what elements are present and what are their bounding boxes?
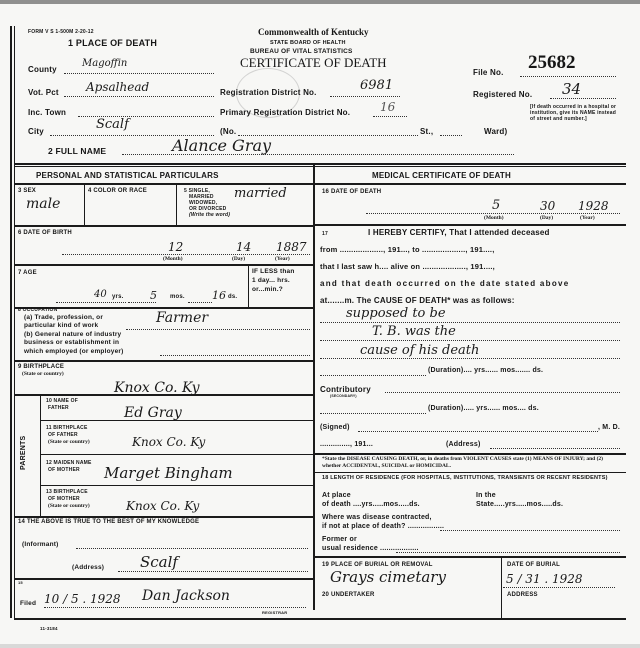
medical-address-label: (Address) xyxy=(446,441,480,448)
registration-district-line xyxy=(330,96,400,97)
md-label: , M. D. xyxy=(598,424,620,431)
age-days-value: 16 xyxy=(212,289,226,302)
scan-top-edge xyxy=(0,0,640,4)
burial-place-value: Grays cimetary xyxy=(330,568,446,586)
residence-label: 18 LENGTH OF RESIDENCE (FOR HOSPITALS, I… xyxy=(322,475,620,482)
left-border xyxy=(10,26,12,618)
street-label: St., xyxy=(420,127,433,136)
father-name-value: Ed Gray xyxy=(124,405,182,421)
row-rule-3 xyxy=(14,307,313,309)
occupation-b-line-1: (b) General nature of industry xyxy=(24,331,121,338)
burial-date-value: 5 / 31 . 1928 xyxy=(506,572,583,586)
true-statement-label: 14 THE ABOVE IS TRUE TO THE BEST OF MY K… xyxy=(18,519,199,525)
attended-from-line: from ..................., 191..., to ...… xyxy=(320,245,495,254)
age-years-value: 40 xyxy=(94,289,107,300)
ward-label: Ward) xyxy=(484,127,507,136)
registered-number-label: Registered No. xyxy=(473,90,532,99)
contributory-line xyxy=(385,392,620,393)
vot-pct-line xyxy=(64,96,214,97)
death-month-value: 5 xyxy=(492,198,500,213)
color-marital-divider xyxy=(176,185,177,225)
header-divider-2 xyxy=(14,166,626,167)
duration-dots-1 xyxy=(320,375,426,376)
birth-month-value: 12 xyxy=(168,240,183,254)
former-residence-label-1: Former or xyxy=(322,536,357,543)
vot-pct-label: Vot. Pct xyxy=(28,88,59,97)
filed-date-value: 10 / 5 . 1928 xyxy=(44,592,121,606)
occupation-a-line xyxy=(126,329,310,330)
contracted-line xyxy=(440,530,620,531)
secondary-label: (SECONDARY) xyxy=(330,394,357,398)
undertaker-address-label: ADDRESS xyxy=(507,592,538,598)
date-of-death-line xyxy=(366,213,620,214)
mother-birthplace-value: Knox Co. Ky xyxy=(126,499,199,513)
birth-day-value: 14 xyxy=(236,240,251,254)
in-state-label-1: In the xyxy=(476,492,496,499)
duration-line-1: (Duration).... yrs...... mos....... ds. xyxy=(428,367,543,374)
informant-label: (Informant) xyxy=(22,541,59,548)
signed-line xyxy=(358,431,598,432)
occupation-a-line-1: (a) Trade, profession, or xyxy=(24,314,103,321)
registered-number-line xyxy=(550,98,616,99)
left-border-inner xyxy=(14,26,15,618)
former-residence-line xyxy=(396,552,620,553)
parents-rule-1 xyxy=(40,420,313,421)
file-number-line xyxy=(520,76,616,77)
certify-text: I HEREBY CERTIFY, That I attended deceas… xyxy=(368,228,550,237)
medical-rule-3 xyxy=(315,472,626,473)
mother-birthplace-label-2: OF MOTHER xyxy=(48,496,80,502)
row-rule-1 xyxy=(14,225,313,227)
row-rule-2 xyxy=(14,264,313,266)
county-value: Magoffin xyxy=(82,58,127,69)
row-rule-5 xyxy=(14,394,313,396)
signed-label: (Signed) xyxy=(320,424,350,431)
primary-registration-label: Primary Registration District No. xyxy=(220,108,350,117)
sex-value: male xyxy=(26,196,60,212)
commonwealth-heading: Commonwealth of Kentucky xyxy=(258,27,369,37)
personal-section-title: PERSONAL AND STATISTICAL PARTICULARS xyxy=(36,171,219,180)
registration-district-value: 6981 xyxy=(360,78,393,93)
color-race-label: 4 COLOR OR RACE xyxy=(88,188,147,194)
years-label: yrs. xyxy=(112,294,123,300)
file-number-value: 25682 xyxy=(528,52,576,74)
county-label: County xyxy=(28,65,57,74)
if-less-label-2: 1 day... hrs. xyxy=(252,277,290,284)
parents-divider xyxy=(40,396,41,518)
mother-name-label-1: 12 MAIDEN NAME xyxy=(46,460,92,466)
row-rule-6 xyxy=(14,516,313,518)
medical-rule-1 xyxy=(315,224,626,226)
contracted-label-1: Where was disease contracted, xyxy=(322,514,432,521)
mother-birthplace-label-3: (State or country) xyxy=(48,503,90,509)
center-divider xyxy=(313,165,315,610)
occupation-b-line xyxy=(160,355,310,356)
burial-date-line xyxy=(503,587,615,588)
age-months-value: 5 xyxy=(150,289,157,302)
former-residence-label-2: usual residence .................. xyxy=(322,545,419,552)
cause-line-2 xyxy=(320,340,620,341)
bottom-rule xyxy=(14,618,626,620)
cause-footnote: *State the DISEASE CAUSING DEATH, or, in… xyxy=(322,456,622,470)
parents-rule-2 xyxy=(40,454,313,455)
address-line xyxy=(118,571,308,572)
primary-registration-line xyxy=(373,116,407,117)
at-place-label-1: At place xyxy=(322,492,351,499)
age-label: 7 AGE xyxy=(18,270,37,276)
primary-registration-value: 16 xyxy=(380,100,395,114)
address-label: (Address) xyxy=(72,564,104,571)
certify-number: 17 xyxy=(322,231,328,237)
father-birthplace-label-1: 11 BIRTHPLACE xyxy=(46,425,88,431)
birth-day-caption: (Day) xyxy=(232,256,245,262)
filed-label: Filed xyxy=(20,600,36,607)
burial-divider xyxy=(501,558,502,618)
mother-name-value: Marget Bingham xyxy=(104,464,233,482)
medical-section-title: MEDICAL CERTIFICATE OF DEATH xyxy=(372,171,511,180)
inc-town-label: Inc. Town xyxy=(28,108,66,117)
scan-bottom-edge xyxy=(0,644,640,648)
mother-name-label-2: OF MOTHER xyxy=(48,467,80,473)
birth-month-caption: (Month) xyxy=(163,256,183,262)
age-days-line xyxy=(188,302,212,303)
occupation-a-line-2: particular kind of work xyxy=(24,322,98,329)
birthplace-label: 9 BIRTHPLACE xyxy=(18,364,64,370)
father-birthplace-label-3: (State or country) xyxy=(48,439,90,445)
row-rule-7 xyxy=(14,578,313,580)
registrar-label: REGISTRAR xyxy=(262,610,287,615)
signed-year-line: .............., 191... xyxy=(320,441,373,448)
birthplace-sublabel: (State or country) xyxy=(22,371,64,377)
full-name-label: 2 FULL NAME xyxy=(48,146,106,156)
cause-value-1: supposed to be xyxy=(346,306,446,321)
board-heading: STATE BOARD OF HEALTH xyxy=(270,40,346,46)
personal-title-rule xyxy=(14,183,313,185)
parents-rule-3 xyxy=(40,485,313,486)
city-label: City xyxy=(28,127,44,136)
sex-label: 3 SEX xyxy=(18,188,36,194)
marital-status-value: married xyxy=(234,186,287,201)
days-label: ds. xyxy=(228,294,237,300)
occurred-line: and that death occurred on the date stat… xyxy=(320,279,570,288)
death-day-value: 30 xyxy=(540,199,555,213)
county-line xyxy=(64,73,214,74)
ward-line xyxy=(440,135,462,136)
bureau-heading: BUREAU OF VITAL STATISTICS xyxy=(250,48,353,55)
header-divider xyxy=(14,163,626,165)
file-number-label: File No. xyxy=(473,68,504,77)
father-name-label-1: 10 NAME OF xyxy=(46,398,78,404)
if-less-label-1: IF LESS than xyxy=(252,268,295,275)
occupation-value: Farmer xyxy=(156,310,208,326)
hospital-note: [If death occurred in a hospital or inst… xyxy=(530,104,620,122)
sex-color-divider xyxy=(84,185,85,225)
duration-line-2: (Duration)..... yrs...... mos.... ds. xyxy=(428,405,539,412)
cause-of-death-line: at.......m. The CAUSE OF DEATH* was as f… xyxy=(320,296,515,305)
age-months-line xyxy=(128,302,156,303)
occupation-label: 8 OCCUPATION xyxy=(18,307,57,313)
registered-number-value: 34 xyxy=(562,80,581,98)
father-birthplace-value: Knox Co. Ky xyxy=(132,435,205,449)
place-of-death-heading: 1 PLACE OF DEATH xyxy=(68,38,157,48)
mother-birthplace-label-1: 13 BIRTHPLACE xyxy=(46,489,88,495)
death-day-caption: (Day) xyxy=(540,215,553,221)
cause-value-2: T. B. was the xyxy=(372,324,456,339)
burial-date-label: DATE OF BURIAL xyxy=(507,562,560,568)
at-place-label-2: of death ....yrs.....mos.....ds. xyxy=(322,501,420,508)
form-number: FORM V S 1-500M 2-20-12 xyxy=(28,29,94,35)
form-code: 11-3184 xyxy=(40,626,58,631)
father-name-label-2: FATHER xyxy=(48,405,69,411)
marital-label-5: (Write the word) xyxy=(189,212,230,218)
medical-rule-4 xyxy=(315,556,626,558)
filed-line xyxy=(44,607,306,608)
date-of-birth-line xyxy=(62,254,310,255)
registration-district-label: Registration District No. xyxy=(220,88,317,97)
months-label: mos. xyxy=(170,294,185,300)
age-years-line xyxy=(56,302,126,303)
row-rule-4 xyxy=(14,360,313,362)
date-of-birth-label: 6 DATE OF BIRTH xyxy=(18,230,72,236)
birth-year-caption: (Year) xyxy=(275,256,290,262)
city-value: Scalf xyxy=(96,117,129,132)
medical-rule-2 xyxy=(315,453,626,455)
full-name-value: Alance Gray xyxy=(172,136,271,155)
if-less-label-3: or...min.? xyxy=(252,286,283,293)
informant-line xyxy=(76,548,308,549)
contracted-label-2: if not at place of death? ..............… xyxy=(322,523,444,530)
address-value: Scalf xyxy=(140,553,178,571)
street-number-label: (No. xyxy=(220,127,236,136)
contributory-label: Contributory xyxy=(320,385,371,394)
duration-dots-2 xyxy=(320,413,426,414)
death-month-caption: (Month) xyxy=(484,215,504,221)
death-year-caption: (Year) xyxy=(580,215,595,221)
father-birthplace-label-2: OF FATHER xyxy=(48,432,78,438)
cause-value-3: cause of his death xyxy=(360,343,479,358)
birth-year-value: 1887 xyxy=(276,240,307,254)
medical-address-line xyxy=(490,448,620,449)
parents-label: PARENTS xyxy=(20,436,27,470)
cause-line-3 xyxy=(320,358,620,359)
cause-line-1 xyxy=(320,322,620,323)
date-of-death-label: 16 DATE OF DEATH xyxy=(322,189,381,195)
medical-title-rule xyxy=(315,183,626,185)
filed-number: 15 xyxy=(18,580,23,585)
in-state-label-2: State.....yrs.....mos.....ds. xyxy=(476,501,563,508)
if-less-divider xyxy=(248,266,249,308)
vot-pct-value: Apsalhead xyxy=(86,80,149,94)
registrar-signature: Dan Jackson xyxy=(142,588,230,604)
occupation-b-line-2: business or establishment in xyxy=(24,339,119,346)
occupation-b-line-3: which employed (or employer) xyxy=(24,348,124,355)
death-year-value: 1928 xyxy=(578,199,609,213)
last-saw-line: that I last saw h.... alive on .........… xyxy=(320,262,495,271)
undertaker-label: 20 UNDERTAKER xyxy=(322,592,375,598)
